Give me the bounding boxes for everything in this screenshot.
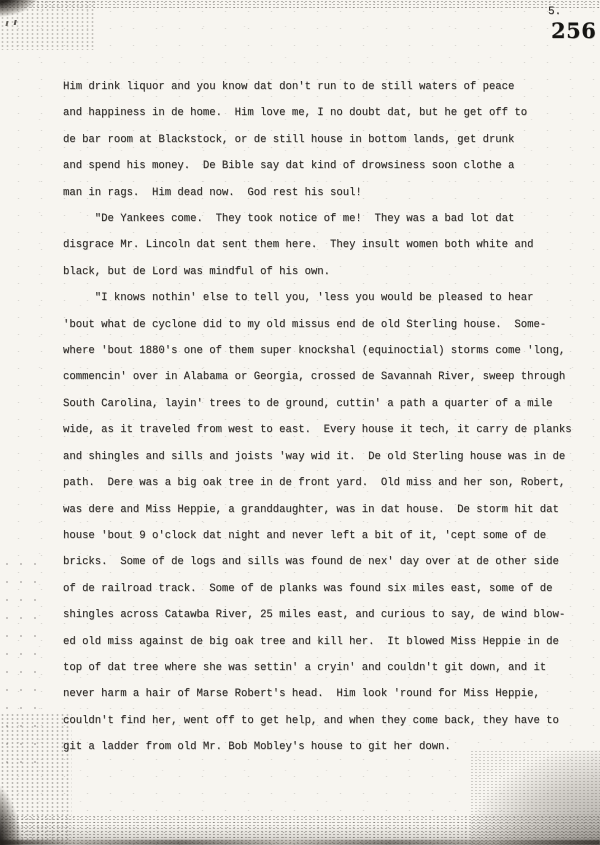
- text-line: path. Dere was a big oak tree in de fron…: [63, 470, 588, 496]
- text-line: black, but de Lord was mindful of his ow…: [63, 259, 588, 285]
- text-line: disgrace Mr. Lincoln dat sent them here.…: [63, 232, 588, 258]
- text-line: couldn't find her, went off to get help,…: [63, 708, 588, 734]
- text-line: git a ladder from old Mr. Bob Mobley's h…: [63, 734, 588, 760]
- text-line: man in rags. Him dead now. God rest his …: [63, 180, 588, 206]
- text-line: "I knows nothin' else to tell you, 'less…: [63, 285, 588, 311]
- typed-page-number: 5.: [548, 6, 561, 18]
- text-line: bricks. Some of de logs and sills was fo…: [63, 549, 588, 575]
- text-line: was dere and Miss Heppie, a granddaughte…: [63, 497, 588, 523]
- text-line: de bar room at Blackstock, or de still h…: [63, 127, 588, 153]
- scanned-document-page: 5. 256 Him drink liquor and you know dat…: [0, 0, 600, 845]
- text-line: South Carolina, layin' trees to de groun…: [63, 391, 588, 417]
- text-line: 'bout what de cyclone did to my old miss…: [63, 312, 588, 338]
- stamp-page-number: 256: [551, 18, 596, 43]
- text-line: wide, as it traveled from west to east. …: [63, 417, 588, 443]
- text-line: ed old miss against de big oak tree and …: [63, 629, 588, 655]
- text-line: and spend his money. De Bible say dat ki…: [63, 153, 588, 179]
- text-line: where 'bout 1880's one of them super kno…: [63, 338, 588, 364]
- text-line: never harm a hair of Marse Robert's head…: [63, 681, 588, 707]
- text-line: commencin' over in Alabama or Georgia, c…: [63, 364, 588, 390]
- scan-edge-line: [0, 840, 600, 845]
- scan-smudge-top-left: [0, 0, 95, 50]
- scan-noise-bottom-right: [470, 750, 600, 845]
- text-line: "De Yankees come. They took notice of me…: [63, 206, 588, 232]
- text-line: and shingles and sills and joists 'way w…: [63, 444, 588, 470]
- text-line: of de railroad track. Some of de planks …: [63, 576, 588, 602]
- text-line: shingles across Catawba River, 25 miles …: [63, 602, 588, 628]
- text-line: house 'bout 9 o'clock dat night and neve…: [63, 523, 588, 549]
- text-line: top of dat tree where she was settin' a …: [63, 655, 588, 681]
- typewritten-text-block: Him drink liquor and you know dat don't …: [63, 74, 588, 761]
- text-line: Him drink liquor and you know dat don't …: [63, 74, 588, 100]
- text-line: and happiness in de home. Him love me, I…: [63, 100, 588, 126]
